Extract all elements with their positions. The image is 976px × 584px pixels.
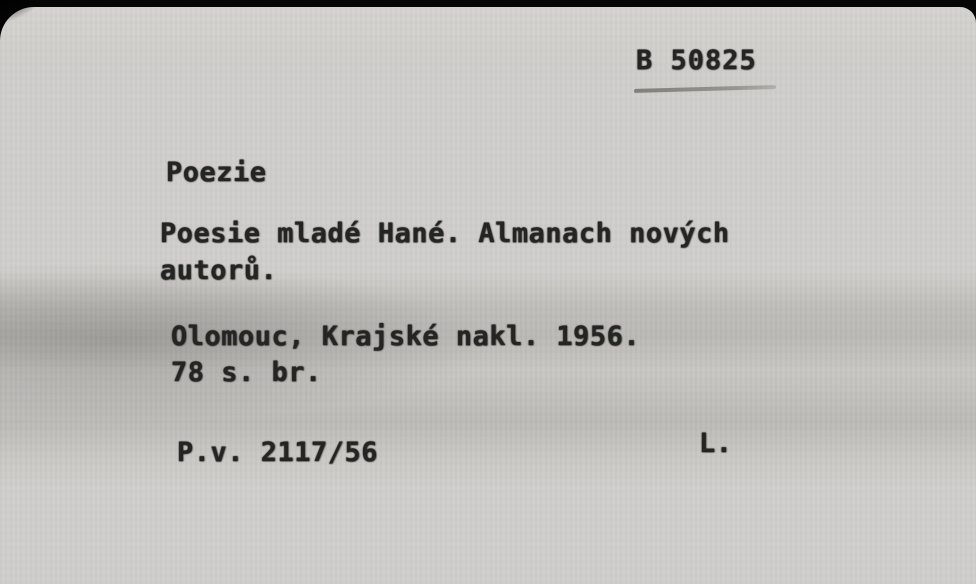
call-number-underline <box>634 85 776 93</box>
scanned-catalog-card-image: B 50825 Poezie Poesie mladé Hané. Almana… <box>0 0 976 584</box>
collation-line: 78 s. br. <box>171 359 322 386</box>
catalog-card: B 50825 Poezie Poesie mladé Hané. Almana… <box>0 7 976 584</box>
subject-heading: Poezie <box>166 159 267 186</box>
cataloguer-initial: L. <box>699 430 733 457</box>
title-line-2: autorů. <box>160 257 277 284</box>
call-number: B 50825 <box>636 47 757 74</box>
title-line-1: Poesie mladé Hané. Almanach nových <box>160 220 730 247</box>
paper-texture <box>0 7 976 584</box>
accession-number: P.v. 2117/56 <box>177 439 378 466</box>
imprint-line: Olomouc, Krajské nakl. 1956. <box>171 323 640 350</box>
